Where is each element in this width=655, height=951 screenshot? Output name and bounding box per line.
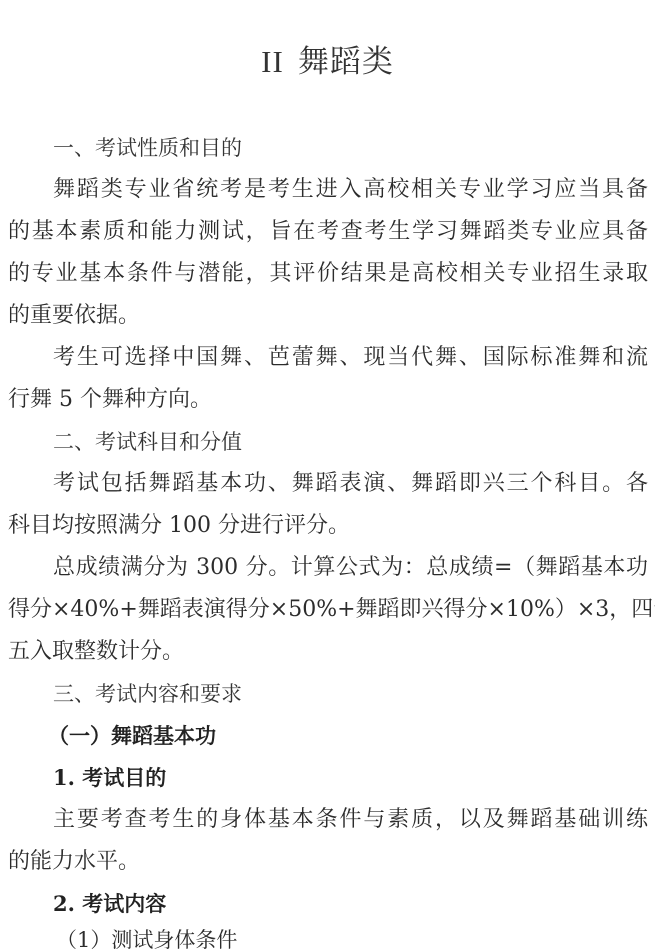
paragraph-line: 得分×40%+舞蹈表演得分×50%+舞蹈即兴得分×10%）×3，四舍 — [8, 595, 648, 625]
paragraph-line: 总成绩满分为 300 分。计算公式为：总成绩=（舞蹈基本功 — [53, 553, 648, 583]
paragraph-line: 舞蹈类专业省统考是考生进入高校相关专业学习应当具备 — [53, 175, 648, 205]
section-heading-2: 二、考试科目和分值 — [53, 427, 655, 457]
paragraph-line: 的重要依据。 — [8, 301, 648, 331]
page-title: II舞蹈类 — [0, 40, 655, 84]
subsection-heading: （一）舞蹈基本功 — [48, 721, 655, 751]
item-heading: 1. 考试目的 — [53, 763, 655, 793]
paragraph-line: 的基本素质和能力测试，旨在考查考生学习舞蹈类专业应具备 — [8, 217, 648, 247]
paragraph-line: 的能力水平。 — [8, 847, 648, 877]
paragraph-line: 的专业基本条件与潜能，其评价结果是高校相关专业招生录取 — [8, 259, 648, 289]
paragraph-line: 考试包括舞蹈基本功、舞蹈表演、舞蹈即兴三个科目。各 — [53, 469, 648, 499]
title-text: 舞蹈类 — [298, 44, 394, 80]
paragraph-line: 行舞 5 个舞种方向。 — [8, 385, 648, 415]
paragraph-line: 科目均按照满分 100 分进行评分。 — [8, 511, 648, 541]
section-heading-3: 三、考试内容和要求 — [53, 679, 655, 709]
sub-item-heading: （1）测试身体条件 — [56, 925, 655, 951]
paragraph-line: 五入取整数计分。 — [8, 637, 648, 667]
item-heading: 2. 考试内容 — [53, 889, 655, 919]
section-heading-1: 一、考试性质和目的 — [53, 133, 655, 163]
document-page: II舞蹈类 一、考试性质和目的 舞蹈类专业省统考是考生进入高校相关专业学习应当具… — [0, 0, 655, 951]
title-numeral: II — [261, 44, 284, 79]
paragraph-line: 主要考查考生的身体基本条件与素质，以及舞蹈基础训练 — [53, 805, 648, 835]
paragraph-line: 考生可选择中国舞、芭蕾舞、现当代舞、国际标准舞和流 — [53, 343, 648, 373]
